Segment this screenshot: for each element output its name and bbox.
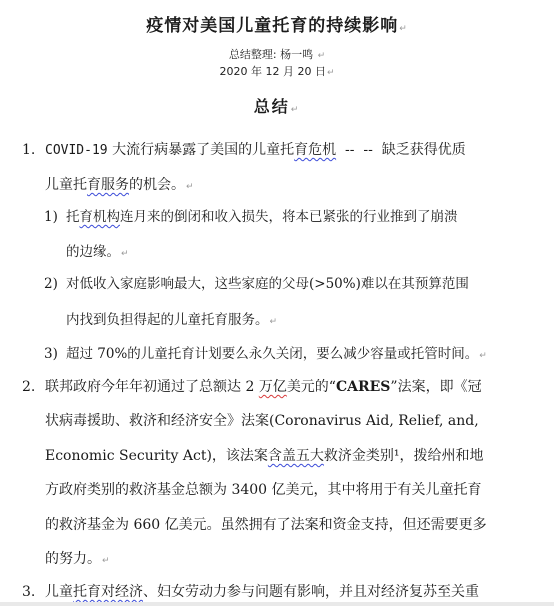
paragraph-mark-icon: ↵ — [102, 556, 110, 566]
list-item-line: COVID-19COVID-19 大流行病暴露了美国的儿童托 大流行病暴露了美国… — [45, 141, 466, 160]
paragraph-mark-icon: ↵ — [121, 249, 129, 259]
sublist-item-line: 超过 70%的儿童托育计划要么永久关闭，要么减少容量或托管时间。↵ — [66, 345, 487, 365]
list-number: 2. — [22, 378, 35, 396]
list-item-line: 状病毒援助、救济和经济安全》法案(Coronavirus Aid, Relief… — [45, 412, 479, 430]
list-number: 1. — [22, 141, 35, 159]
paragraph-mark-icon: ↵ — [318, 51, 326, 61]
list-number: 3. — [22, 583, 35, 601]
document-title: 疫情对美国儿童托育的持续影响↵ — [0, 11, 554, 36]
document-page: 疫情对美国儿童托育的持续影响↵ 总结整理: 杨一鸣 ↵ 2020 年 12 月 … — [0, 0, 554, 602]
sublist-number: 3) — [44, 345, 58, 363]
sublist-item-line: 内找到负担得起的儿童托育服务。↵ — [66, 311, 277, 331]
page-bottom-edge — [0, 602, 554, 606]
sublist-number: 1) — [44, 208, 58, 226]
paragraph-mark-icon: ↵ — [186, 182, 194, 192]
list-item-line: 儿童托育对经济、妇女劳动力参与问题有影响，并且对经济复苏至关重 — [45, 583, 479, 601]
paragraph-mark-icon: ↵ — [270, 317, 278, 327]
list-item-line: 联邦政府今年年初通过了总额达 2 万亿美元的“CARES”法案，即《冠 — [45, 378, 482, 396]
paragraph-mark-icon: ↵ — [399, 24, 408, 34]
list-item-line: 方政府类别的救济基金总额为 3400 亿美元，其中将用于有关儿童托育 — [45, 481, 482, 499]
section-heading: 总结↵ — [0, 94, 554, 117]
sublist-item-line: 对低收入家庭影响最大，这些家庭的父母(>50%)难以在其预算范围 — [66, 275, 469, 293]
paragraph-mark-icon: ↵ — [479, 351, 487, 361]
paragraph-mark-icon: ↵ — [291, 105, 301, 115]
sublist-item-line: 托育机构连月来的倒闭和收入损失，将本已紧张的行业推到了崩溃 — [66, 208, 458, 226]
list-item-line: 儿童托育服务的机会。↵ — [45, 176, 194, 196]
paragraph-mark-icon: ↵ — [327, 68, 335, 78]
author-line: 总结整理: 杨一鸣 ↵ — [0, 46, 554, 62]
sublist-item-line: 的边缘。↵ — [66, 243, 129, 263]
list-item-line: Economic Security Act)，该法案含盖五大救济金类别¹，拨给州… — [45, 447, 484, 465]
list-item-line: 的努力。↵ — [45, 550, 110, 570]
sublist-number: 2) — [44, 275, 58, 293]
list-item-line: 的救济基金为 660 亿美元。虽然拥有了法案和资金支持，但还需要更多 — [45, 516, 487, 534]
date-line: 2020 年 12 月 20 日↵ — [0, 63, 554, 79]
